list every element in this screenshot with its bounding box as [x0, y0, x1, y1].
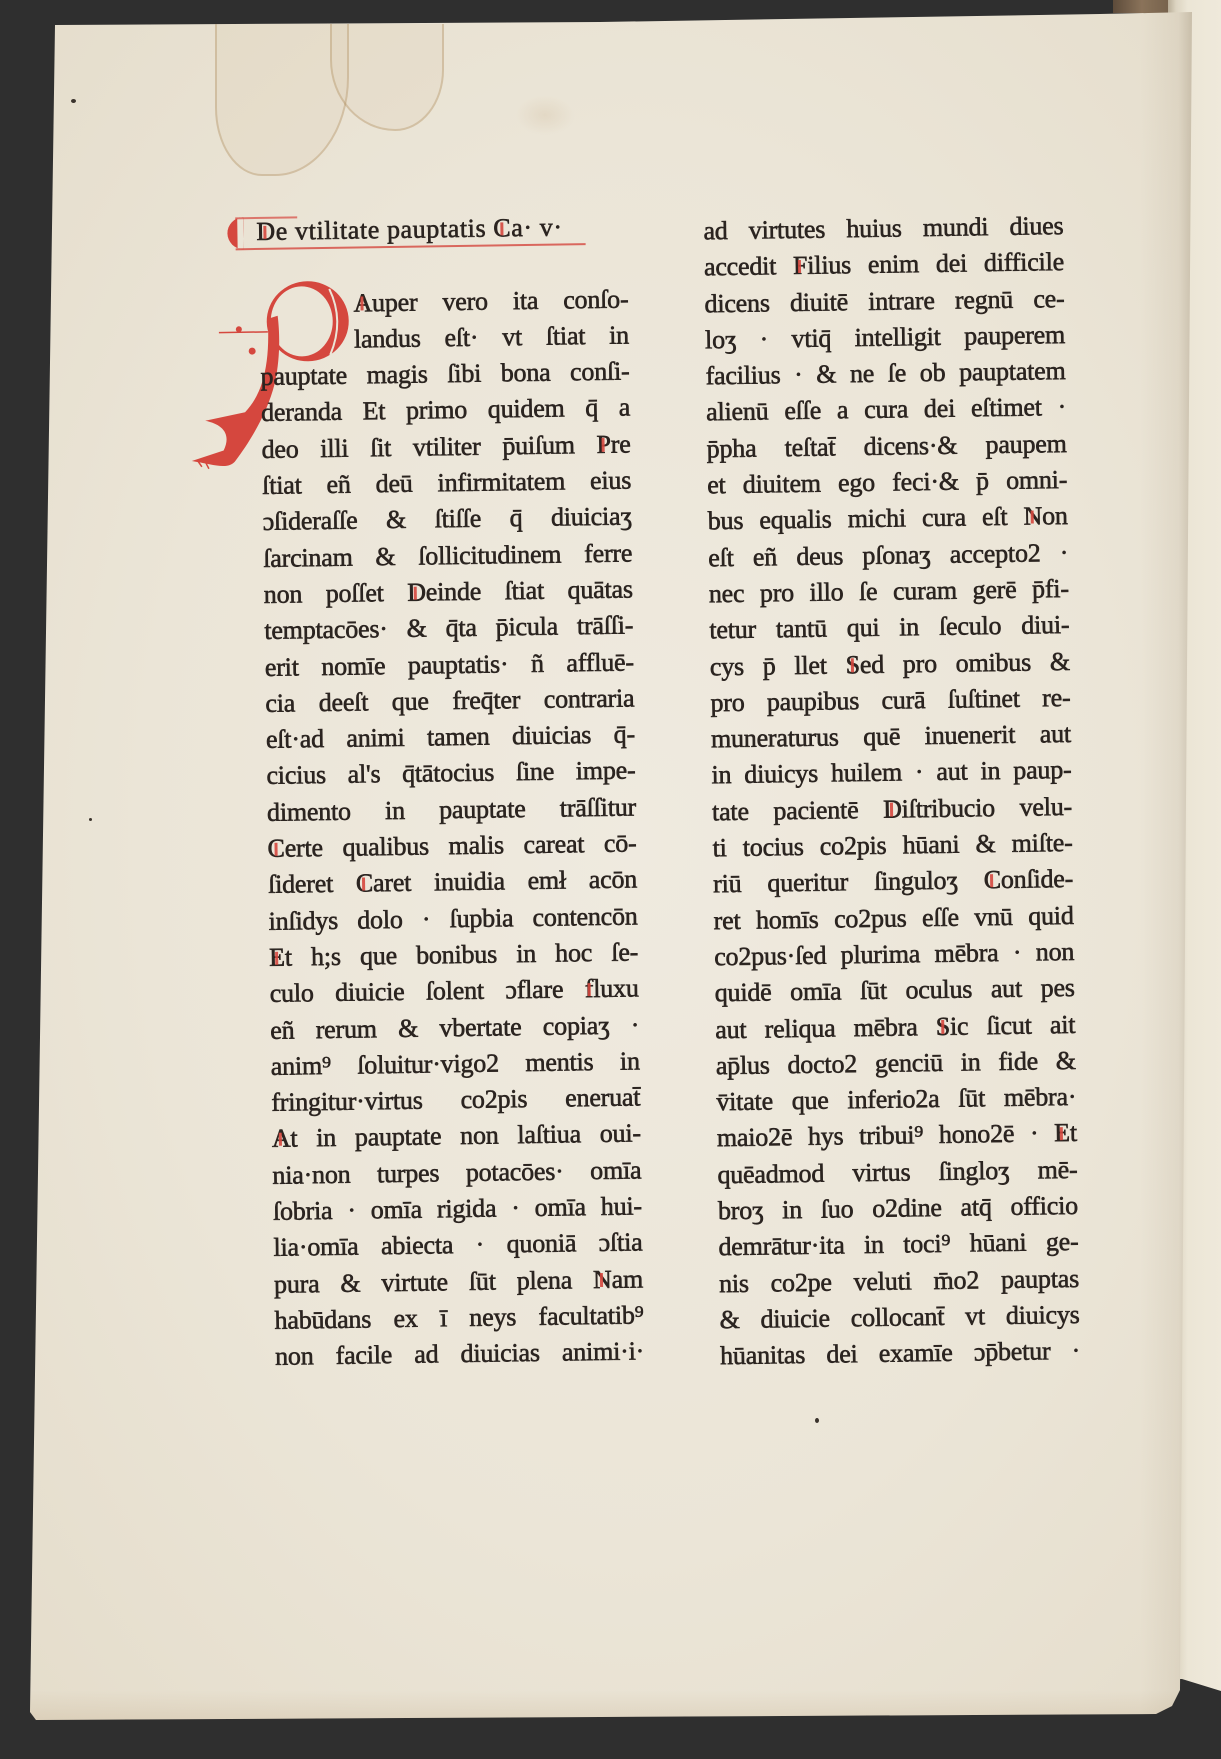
text-line: deranda Et primo quidem q̄ a: [261, 390, 630, 432]
text-run: iſtribucio velu-: [901, 792, 1072, 824]
text-line: anim⁹ ſoluitur·vigo2 mentis in: [271, 1043, 640, 1085]
text-line: ret homīs co2pus eſſe vnū quid: [713, 898, 1073, 940]
text-line: inſidys dolo · ſupbia contencōn: [268, 898, 637, 940]
text-run: lia·omīa abiecta · quoniā ɔſtia: [273, 1228, 642, 1262]
text-line: ſarcinam & ſollicitudinem ferre: [263, 535, 632, 577]
text-line: muneraturus quē inuenerit aut: [711, 716, 1071, 758]
text-run: ɔſideraſſe & ſtiſſe q̄ diuiciaʒ: [262, 502, 631, 536]
rubricated-initial: F: [793, 251, 808, 280]
text-line: At in pauptate non laſtiua oui-: [272, 1116, 641, 1158]
text-line: Certe qualibus malis careat cō-: [267, 825, 636, 867]
text-run: eſt·ad animi tamen diuicias q̄-: [266, 720, 635, 754]
text-run: alienū eſſe a cura dei eſtimet ·: [706, 393, 1066, 427]
rubricated-initial: E: [1054, 1118, 1070, 1147]
text-run: e vtilitate pauptatis: [276, 214, 494, 246]
text-run: et diuitem ego feci·& p̄ omni-: [707, 465, 1067, 499]
text-run: a· v·: [511, 212, 563, 242]
text-run: facilius · & ne ſe ob pauptatem: [705, 356, 1065, 390]
text-run: culo diuicie ſolent ɔflare: [269, 974, 584, 1008]
text-line: eſt·ad animi tamen diuicias q̄-: [266, 717, 635, 759]
text-run: broʒ in ſuo o2dine atq̄ officio: [718, 1191, 1078, 1225]
text-line: ſtiat eñ deū infirmitatem eius: [262, 463, 631, 505]
text-line: p̄pha teſtat̄ dicens·& paupem: [706, 426, 1066, 468]
text-line: Auper vero ita conſo-: [353, 281, 629, 321]
text-line: pura & virtute ſūt plena Nam: [274, 1261, 643, 1303]
text-run: t in pauptate non laſtiua oui-: [290, 1119, 641, 1153]
text-line: cys p̄ llet Sed pro omibus &: [710, 644, 1070, 686]
text-run: non facile ad diuicias animi·i·: [275, 1337, 644, 1371]
text-line: ɔſideraſſe & ſtiſſe q̄ diuiciaʒ: [262, 499, 631, 541]
rubricated-initial: N: [593, 1264, 612, 1293]
text-line: maio2ē hys tribui⁹ hono2ē · Et: [717, 1115, 1077, 1157]
text-run: pro paupibus curā ſuſtinet re-: [710, 683, 1070, 717]
text-line: broʒ in ſuo o2dine atq̄ officio: [718, 1188, 1078, 1230]
text-run: loʒ · vtiq̄ intelligit pauperem: [705, 320, 1065, 354]
text-run: in diuicys huilem · aut in paup-: [711, 755, 1071, 789]
text-run: fringitur·virtus co2pis eneruat̄: [271, 1083, 640, 1117]
text-run: eñ rerum & vbertate copiaʒ ·: [270, 1010, 639, 1044]
text-run: t h;s que bonibus in hoc ſe-: [285, 937, 639, 971]
ink-speck: [89, 818, 92, 821]
text-run: p̄pha teſtat̄ dicens·& paupem: [706, 429, 1066, 463]
text-run: ſobria · omīa rigida · omīa hui-: [273, 1191, 642, 1225]
rubricated-initial: D: [883, 794, 902, 823]
text-run: cicius al's q̄tātocius ſine impe-: [266, 756, 635, 790]
text-line: non facile ad diuicias animi·i·: [275, 1334, 644, 1376]
text-run: einde ſtiat quātas: [426, 574, 633, 606]
text-run: muneraturus quē inuenerit aut: [711, 719, 1071, 753]
text-run: ic ſicut ait: [950, 1009, 1076, 1040]
text-run: nia·non turpes potacōes· omīa: [272, 1155, 641, 1189]
right-column: ad virtutes huius mundi diuesaccedit Fil…: [703, 198, 1063, 203]
text-run: on: [1042, 501, 1068, 530]
text-run: ed pro omibus &: [860, 647, 1070, 679]
text-run: accedit: [704, 251, 793, 281]
water-stain: [215, 24, 349, 176]
text-line: in diuicys huilem · aut in paup-: [711, 752, 1071, 794]
text-line: loʒ · vtiq̄ intelligit pauperem: [705, 317, 1065, 359]
text-run: nec pro illo ſe curam gerē p̄fi-: [709, 574, 1069, 608]
text-line: riū queritur ſinguloʒ Conſide-: [713, 861, 1073, 903]
text-line: facilius · & ne ſe ob pauptatem: [705, 353, 1065, 395]
text-line: quidē omīa ſūt oculus aut pes: [714, 970, 1074, 1012]
text-line: ſobria · omīa rigida · omīa hui-: [273, 1188, 642, 1230]
rubricated-initial: D: [256, 217, 276, 246]
heading-rubric-bracket: [227, 217, 243, 249]
text-run: pura & virtute ſūt plena: [274, 1265, 593, 1299]
rubricated-initial: P: [596, 430, 611, 459]
text-line: non poſſet Deinde ſtiat quātas: [264, 571, 633, 613]
ink-speck: [71, 99, 76, 103]
text-line: dicens diuitē intrare regnū ce-: [704, 281, 1064, 323]
text-run: co2pus·ſed plurima mēbra · non: [714, 937, 1074, 971]
text-line: v̄itate que inferio2a ſūt mēbra·: [716, 1079, 1076, 1121]
text-line: alienū eſſe a cura dei eſtimet ·: [706, 390, 1066, 432]
rubricated-initial: A: [272, 1124, 291, 1153]
text-line: pro paupibus curā ſuſtinet re-: [710, 680, 1070, 722]
rubricated-initial: N: [1023, 502, 1042, 531]
text-run: anim⁹ ſoluitur·vigo2 mentis in: [271, 1046, 640, 1080]
text-run: deranda Et primo quidem q̄ a: [261, 393, 630, 427]
text-line: & diuicie collocant̄ vt diuicys: [719, 1297, 1079, 1339]
text-line: nia·non turpes potacōes· omīa: [272, 1152, 641, 1194]
text-line: hūanitas dei examīe ɔp̄betur ·: [720, 1333, 1080, 1375]
text-run: t: [1070, 1118, 1077, 1147]
text-run: tetur tantū qui in ſeculo diui-: [709, 610, 1069, 644]
text-line: bus equalis michi cura eſt Non: [707, 498, 1067, 540]
text-run: deo illi ſit vtiliter p̄uiſum: [261, 430, 596, 464]
rubricated-initial: C: [267, 834, 285, 863]
text-line: eſt eñ deus pſonaʒ accepto2 ·: [708, 535, 1068, 577]
text-run: eſt eñ deus pſonaʒ accepto2 ·: [708, 538, 1068, 572]
text-line: ap̄lus docto2 genciū in fide &: [716, 1043, 1076, 1085]
text-line: deo illi ſit vtiliter p̄uiſum Pre: [261, 426, 630, 468]
text-run: ſideret: [268, 869, 356, 899]
rubricated-initial: C: [493, 213, 511, 242]
text-run: uper vero ita conſo-: [372, 284, 629, 317]
text-line: eñ rerum & vbertate copiaʒ ·: [270, 1007, 639, 1049]
water-stain: [330, 24, 444, 131]
ink-speck: [815, 1418, 819, 1423]
text-line: cia deeſt que freq̄ter contraria: [265, 680, 634, 722]
rubricated-initial: C: [983, 865, 1001, 894]
text-line: dimento in pauptate trāſſitur: [267, 789, 636, 831]
text-line: landus eſt· vt ſtiat in: [354, 317, 630, 357]
text-line: lia·omīa abiecta · quoniā ɔſtia: [273, 1225, 642, 1267]
text-run: nis co2pe veluti m̄o2 pauptas: [719, 1264, 1079, 1298]
water-stain: [515, 95, 575, 135]
text-line: accedit Filius enim dei difficile: [704, 244, 1064, 286]
text-run: erit nomīe pauptatis· ñ affluē-: [265, 647, 634, 681]
text-run: cys p̄ llet: [710, 650, 846, 681]
text-run: luxu: [593, 974, 639, 1004]
text-line: fringitur·virtus co2pis eneruat̄: [271, 1080, 640, 1122]
text-line: nec pro illo ſe curam gerē p̄fi-: [709, 571, 1069, 613]
text-run: ſarcinam & ſollicitudinem ferre: [263, 538, 632, 572]
text-run: ap̄lus docto2 genciū in fide &: [716, 1046, 1076, 1080]
chapter-heading: De vtilitate pauptatis Ca· v·: [256, 209, 563, 250]
rubricated-initial: D: [407, 578, 426, 607]
text-line: erit nomīe pauptatis· ñ affluē-: [265, 644, 634, 686]
text-run: dimento in pauptate trāſſitur: [267, 792, 636, 826]
text-run: non poſſet: [264, 578, 408, 609]
rubricated-initial: E: [269, 943, 285, 972]
text-run: ilius enim dei difficile: [807, 247, 1064, 280]
text-line: ti tocius co2pis hūani & miſte-: [712, 825, 1072, 867]
text-run: re: [611, 429, 631, 458]
text-line: temptacōes· & q̄ta p̄icula trāſſi-: [264, 608, 633, 650]
text-line: quēadmod virtus ſingloʒ mē-: [717, 1152, 1077, 1194]
text-run: erte qualibus malis careat cō-: [284, 828, 636, 862]
text-run: ſtiat eñ deū infirmitatem eius: [262, 466, 631, 500]
text-run: dicens diuitē intrare regnū ce-: [704, 284, 1064, 318]
rubricated-initial: f: [585, 974, 594, 1003]
text-run: landus eſt· vt ſtiat in: [354, 320, 629, 353]
text-run: ret homīs co2pus eſſe vnū quid: [713, 901, 1073, 935]
text-line: ad virtutes huius mundi diues: [703, 208, 1063, 250]
text-line: habūdans ex ī neys facultatib⁹: [274, 1297, 643, 1339]
text-run: am: [611, 1264, 643, 1293]
left-column-lines: Auper vero ita conſo-landus eſt· vt ſtia…: [259, 281, 644, 1375]
text-line: tetur tantū qui in ſeculo diui-: [709, 607, 1069, 649]
text-run: habūdans ex ī neys facultatib⁹: [274, 1300, 643, 1334]
text-run: maio2ē hys tribui⁹ hono2ē ·: [717, 1119, 1055, 1153]
text-line: Et h;s que bonibus in hoc ſe-: [269, 934, 638, 976]
text-run: ad virtutes huius mundi diues: [703, 211, 1063, 245]
text-run: & diuicie collocant̄ vt diuicys: [719, 1300, 1079, 1334]
rubricated-initial: S: [935, 1011, 950, 1040]
rubricated-initial: A: [353, 288, 372, 317]
right-column-lines: ad virtutes huius mundi diuesaccedit Fil…: [703, 208, 1080, 1375]
text-run: aut reliqua mēbra: [715, 1012, 936, 1044]
text-run: pauptate magis ſibi bona conſi-: [260, 357, 629, 391]
text-run: hūanitas dei examīe ɔp̄betur ·: [720, 1336, 1080, 1370]
text-run: v̄itate que inferio2a ſūt mēbra·: [716, 1082, 1076, 1116]
text-run: demrātur·ita in toci⁹ hūani ge-: [718, 1227, 1078, 1261]
text-run: onſide-: [1001, 864, 1074, 894]
text-line: culo diuicie ſolent ɔflare fluxu: [269, 971, 638, 1013]
text-line: co2pus·ſed plurima mēbra · non: [714, 934, 1074, 976]
text-line: nis co2pe veluti m̄o2 pauptas: [719, 1261, 1079, 1303]
rubricated-initial: S: [845, 650, 860, 679]
rubricated-initial: C: [356, 869, 374, 898]
text-run: tate pacientē: [712, 795, 883, 827]
text-line: et diuitem ego feci·& p̄ omni-: [707, 462, 1067, 504]
text-run: quidē omīa ſūt oculus aut pes: [715, 973, 1075, 1007]
text-run: cia deeſt que freq̄ter contraria: [265, 683, 634, 717]
text-line: pauptate magis ſibi bona conſi-: [260, 354, 629, 396]
text-run: temptacōes· & q̄ta p̄icula trāſſi-: [264, 611, 633, 645]
text-line: cicius al's q̄tātocius ſine impe-: [266, 753, 635, 795]
text-line: tate pacientē Diſtribucio velu-: [712, 789, 1072, 831]
text-run: inſidys dolo · ſupbia contencōn: [268, 901, 637, 935]
text-line: aut reliqua mēbra Sic ſicut ait: [715, 1006, 1075, 1048]
text-block: De vtilitate pauptatis Ca· v· Auper vero…: [190, 192, 1108, 1405]
text-line: ſideret Caret inuidia emł acōn: [268, 862, 637, 904]
text-line: demrātur·ita in toci⁹ hūani ge-: [718, 1224, 1078, 1266]
text-run: quēadmod virtus ſingloʒ mē-: [717, 1155, 1077, 1189]
text-run: bus equalis michi cura eſt: [708, 502, 1024, 536]
text-run: ti tocius co2pis hūani & miſte-: [712, 828, 1072, 862]
text-run: riū queritur ſinguloʒ: [713, 866, 984, 899]
text-run: aret inuidia emł acōn: [373, 865, 637, 898]
